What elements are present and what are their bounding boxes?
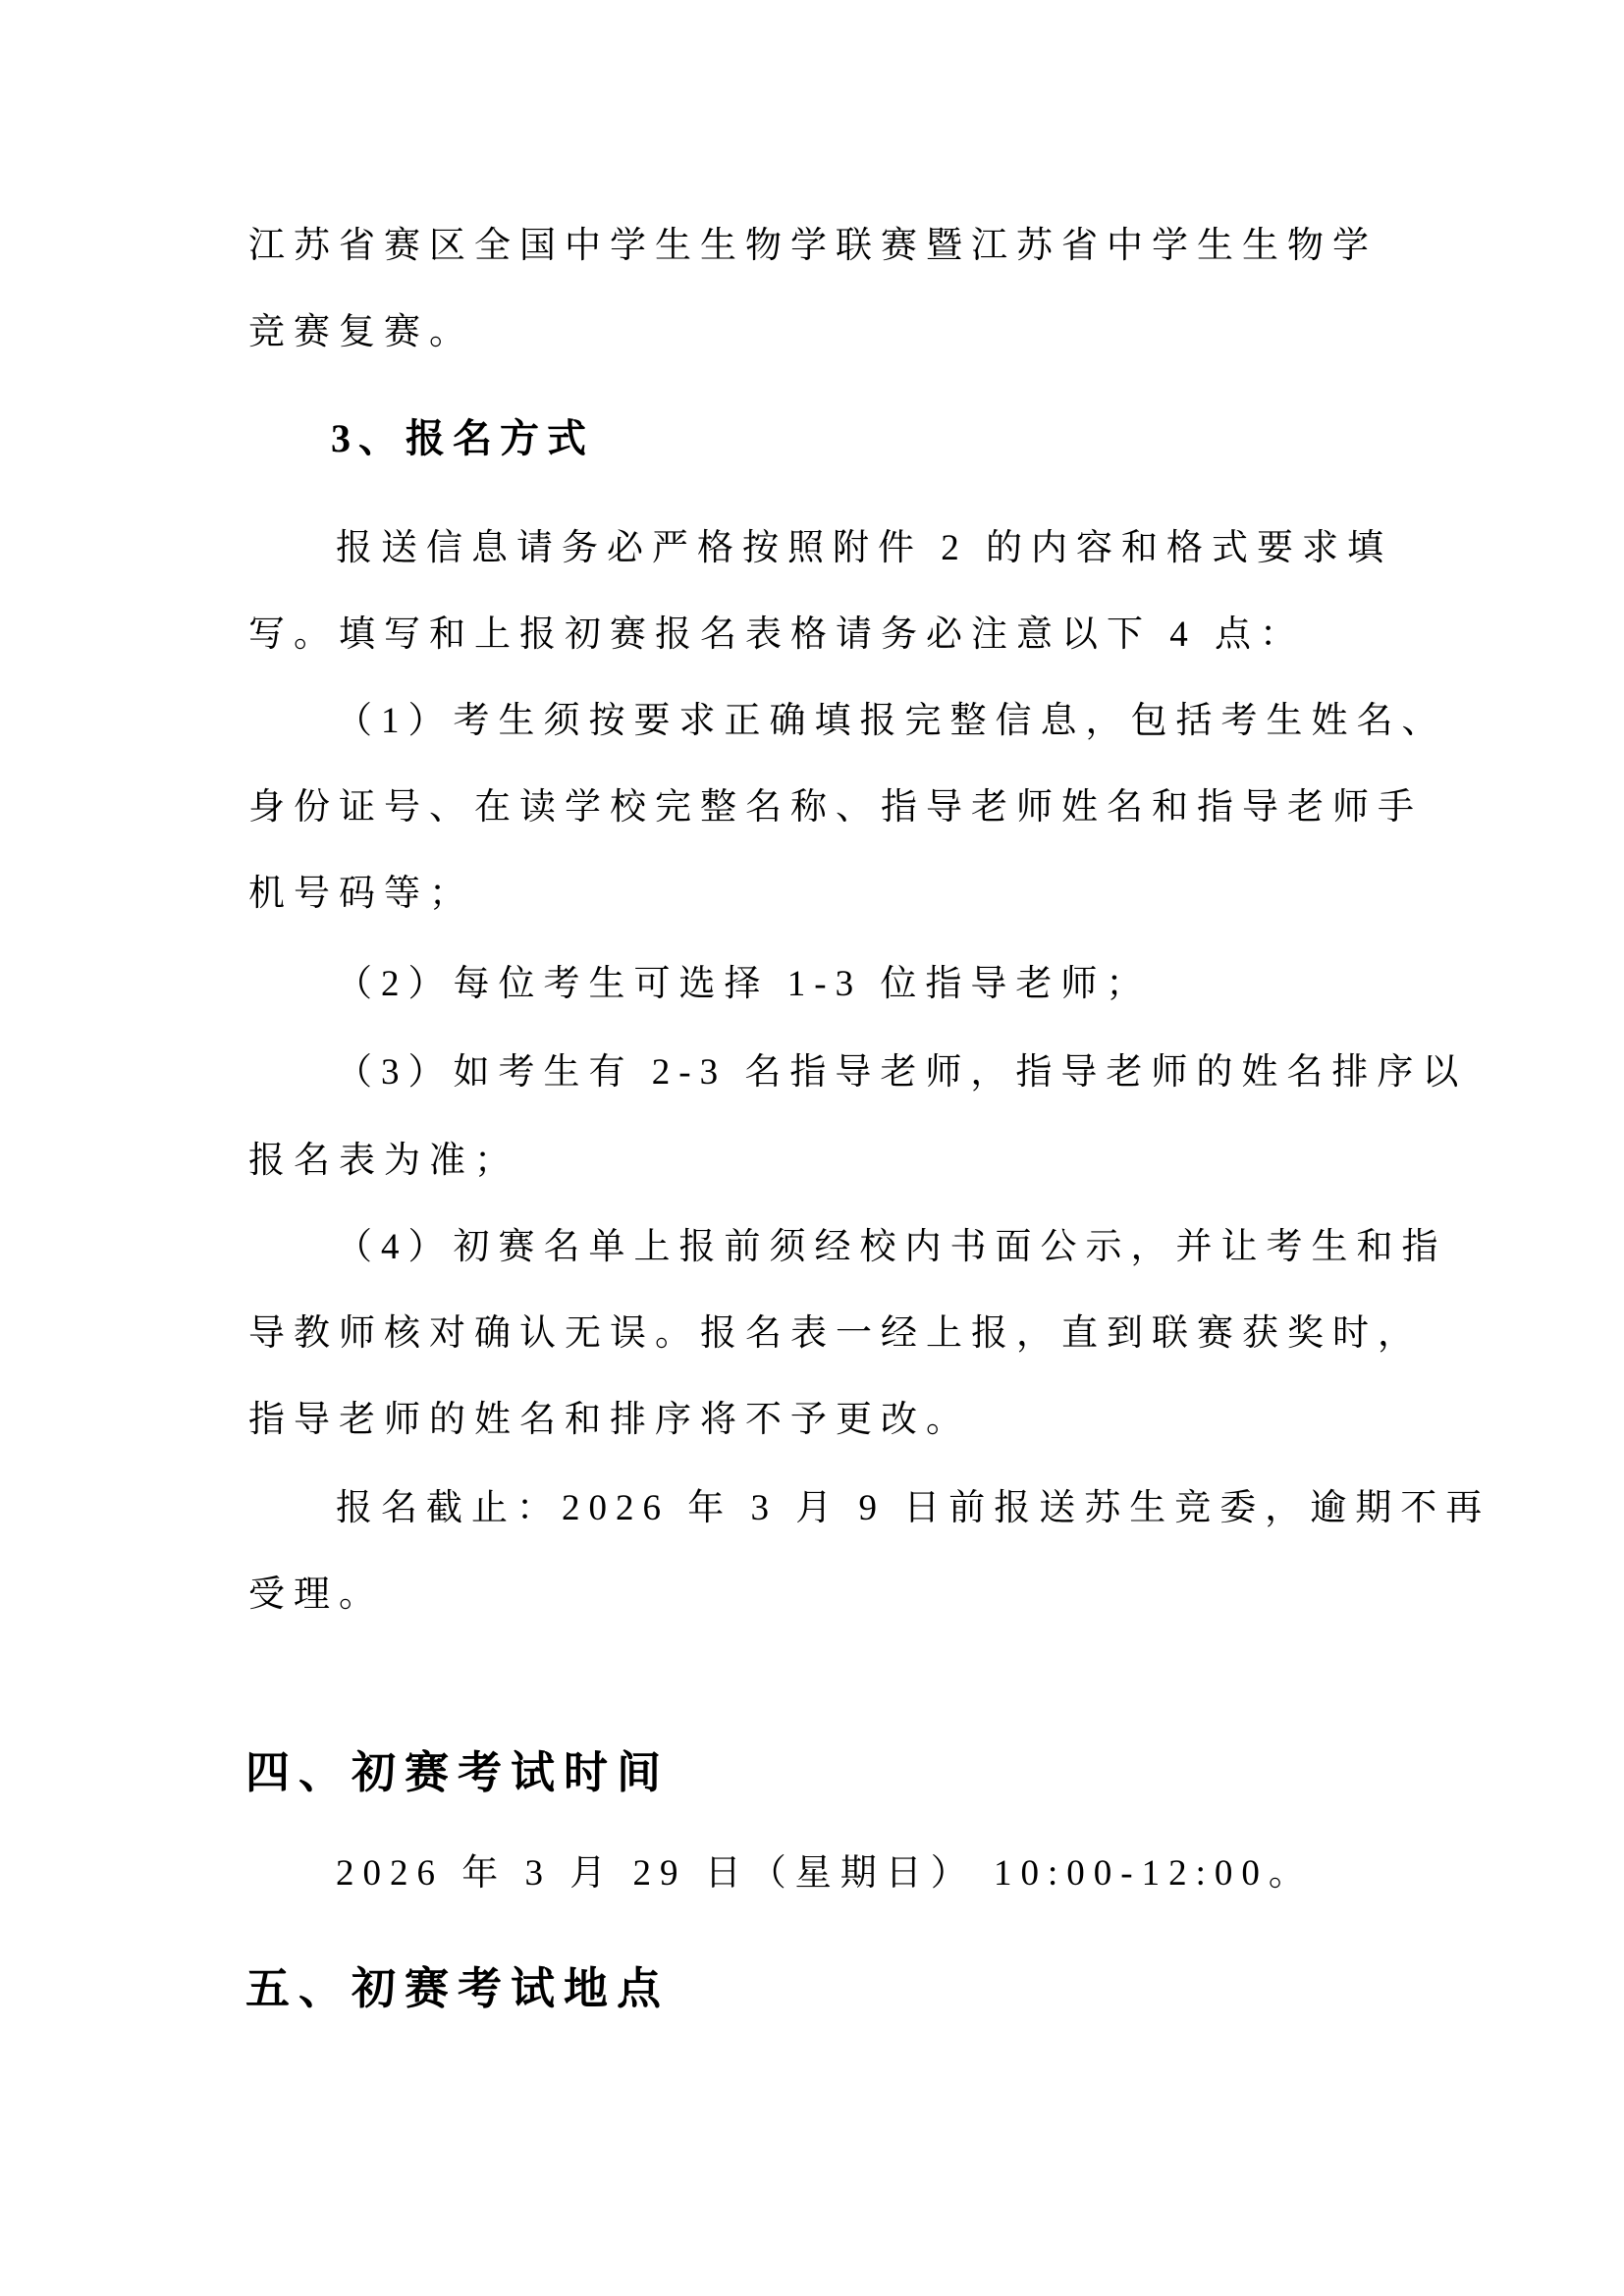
paragraph-line-item-1: （1）考生须按要求正确填报完整信息，包括考生姓名、	[336, 701, 1447, 743]
document-page: 江苏省赛区全国中学生生物学联赛暨江苏省中学生生物学 竞赛复赛。 3、报名方式 报…	[0, 0, 1624, 2296]
paragraph-line: 写。填写和上报初赛报名表格请务必注意以下 4 点：	[248, 614, 1305, 657]
paragraph-line: 受理。	[248, 1575, 384, 1617]
paragraph-line: 报名表为准；	[248, 1141, 519, 1183]
section-heading-prelim-exam-time: 四、初赛考试时间	[245, 1747, 670, 1798]
registration-deadline-line: 报名截止：2026 年 3 月 9 日前报送苏生竞委，逾期不再	[336, 1488, 1490, 1530]
paragraph-line: 竞赛复赛。	[248, 312, 474, 354]
exam-datetime-line: 2026 年 3 月 29 日（星期日） 10:00-12:00。	[336, 1853, 1314, 1896]
paragraph-line: 报送信息请务必严格按照附件 2 的内容和格式要求填	[336, 528, 1392, 570]
paragraph-line-item-3: （3）如考生有 2-3 名指导老师，指导老师的姓名排序以	[336, 1052, 1467, 1095]
paragraph-line: 指导老师的姓名和排序将不予更改。	[248, 1400, 971, 1442]
paragraph-line: 导教师核对确认无误。报名表一经上报，直到联赛获奖时，	[248, 1313, 1423, 1356]
section-heading-prelim-exam-location: 五、初赛考试地点	[245, 1963, 670, 2014]
paragraph-line: 身份证号、在读学校完整名称、指导老师姓名和指导老师手	[248, 787, 1423, 829]
paragraph-line-item-4: （4）初赛名单上报前须经校内书面公示，并让考生和指	[336, 1227, 1447, 1269]
paragraph-line-item-2: （2）每位考生可选择 1-3 位指导老师；	[336, 964, 1151, 1006]
subsection-heading-registration-method: 3、报名方式	[331, 416, 594, 461]
paragraph-line: 江苏省赛区全国中学生生物学联赛暨江苏省中学生生物学	[248, 226, 1378, 268]
paragraph-line: 机号码等；	[248, 874, 474, 916]
